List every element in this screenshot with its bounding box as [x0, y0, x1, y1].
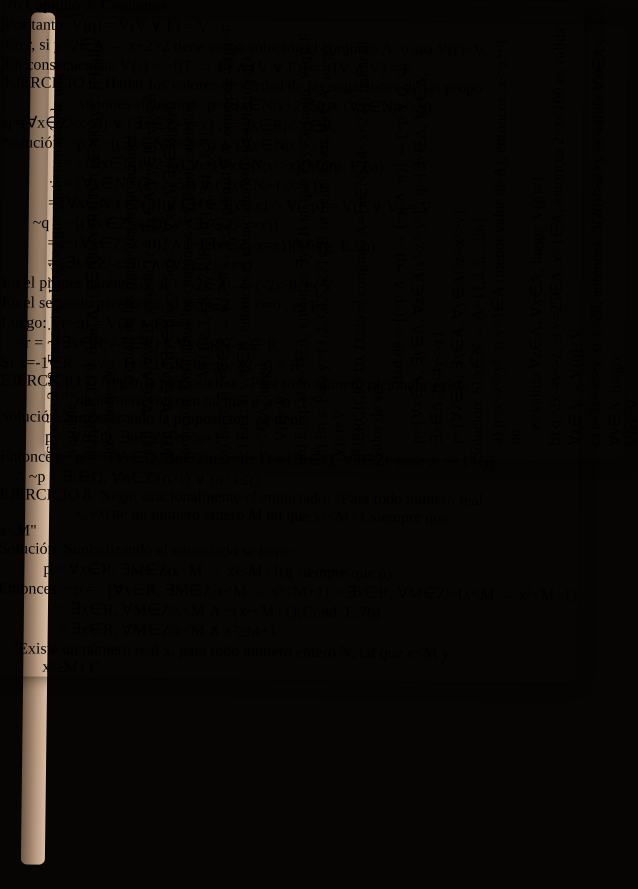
chapter-title: Capítulo 2: Conjuntos [25, 0, 167, 15]
line-text: x, existe un número entero M tal que x²<… [74, 505, 448, 527]
line-text: p = ∀r∈Q, ∃n∈Z|n≤r<n+1 [45, 429, 221, 448]
text-line: c) r=3z²-x²>y, si x=26, entonces: 3(26)²… [584, 25, 629, 461]
exercise-label: Solución. [0, 408, 65, 426]
margin-note: (q siempre que p) [279, 564, 392, 582]
exercise-label: EJERCICIO 7. [1, 372, 101, 390]
line-text: Por tanto: V(q) = V(V ∨ F) = V [5, 16, 209, 35]
line-text: = (∀x∈N|~(x+2=5)) ∨ (∃x∈N|~(x²>x)) [63, 175, 322, 195]
exercise-label: Solución. [4, 134, 69, 152]
line-text: Simbolizando la proposición, se tiene: [65, 409, 310, 429]
line-text: ~r = ~[∃x∈R|√-x∈R] = ∀x∈R|√-x ∉ R [16, 334, 278, 354]
exercise-label: EJERCICIO 6. [4, 74, 104, 92]
page-76-text: Por tanto: V(q) = V(V ∨ F) = VEn r, si y… [0, 14, 584, 683]
page-number-76: 76 [5, 0, 21, 13]
margin-note: (Morg. E.6a) [301, 158, 384, 176]
open-book: Sección 2.10: Funciones Lógicas que cont… [0, 0, 638, 889]
exercise-label: EJERCICIO 8. [0, 486, 99, 504]
line-text: = ∃x∈R, ∀M∈Z|x<M ∧ x²≥M+1 [58, 621, 278, 641]
line-text: x²≥M+1" [42, 659, 102, 677]
line-text: ∴ ~p = ∃r∈Q, ∀n∈Z|(n>r) ∨ (n+1≤r) [14, 468, 259, 488]
line-text: = (∃x∈Z|-x≥0) ∧ (∀x∈Z|-x≠x) [47, 255, 252, 275]
exercise-label: Solución. [0, 540, 64, 558]
line-text: p = ∀x∈R, ∃M∈Z|x<M → x²<M+1 [43, 561, 279, 581]
line-text: c) r=3z²-x²>y, si x=26, entonces: 3(26)²… [587, 36, 625, 446]
margin-note: (Morg. E.6b) [292, 238, 376, 256]
line-text: Si x=-1∈R → √-(-1) = 1∈R, luego: V(~r) =… [1, 354, 299, 375]
line-text: = ~(∃x∈N|x+2=5) ∨ ~(∀x∈N|x²>x) [63, 155, 301, 175]
line-text: ~p = ~[(∃x∈N|x+2=5) ∧ (∀x∈N|x²>x)] [68, 135, 329, 155]
line-text: Luego: V(~q) = V(V ∧ F) = F [1, 314, 194, 333]
margin-note: (Cond. E.7b) [297, 604, 380, 622]
line-text: Simbolizando el enunciado se tiene: [63, 541, 294, 561]
book-photo: Sección 2.10: Funciones Lógicas que cont… [0, 0, 638, 889]
line-text: ~q = ~[(∀x∈Z|-x<0) ∨ (∃x∈Z|-x=x)] [33, 214, 279, 234]
line-text: V(r)=V [625, 398, 638, 446]
book-page-76: 76 Capítulo 2: Conjuntos Por tanto: V(q)… [0, 0, 584, 683]
line-text: x<M" [0, 522, 37, 539]
line-text: un número entero n tal que n≤r<n+1" [75, 391, 314, 411]
line-text: = [~(∀x∈Z|-x<0)] ∧ [~(∃x∈Z|-x=x)] [47, 235, 291, 255]
line-text: = ∃x∈R, ∀M∈Z|x<M ∧ ~(x²<M+1) [58, 601, 297, 621]
